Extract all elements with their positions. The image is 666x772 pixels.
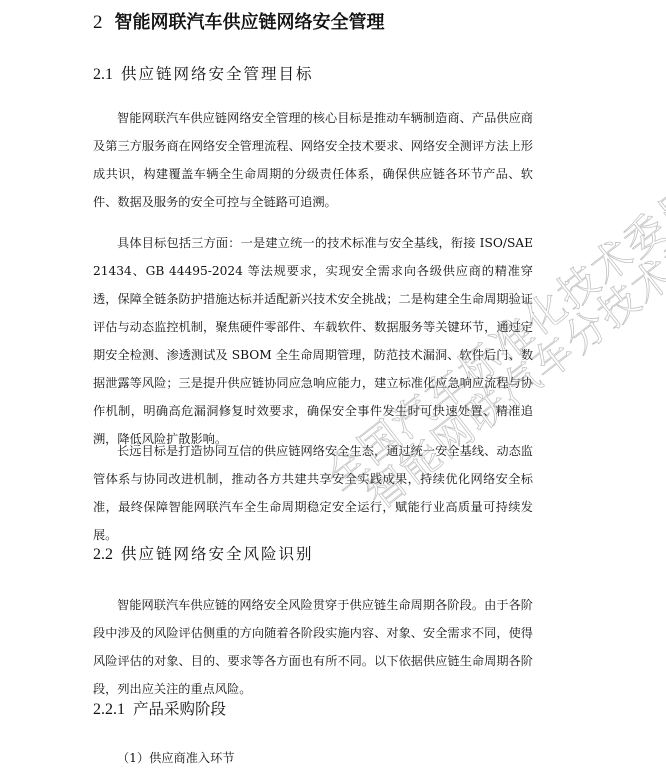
subsection-number: 2.1 <box>93 66 113 83</box>
paragraph-risk-identification: 智能网联汽车供应链的网络安全风险贯穿于供应链生命周期各阶段。由于各阶段中涉及的风… <box>93 591 533 703</box>
subsection-title: 产品采购阶段 <box>133 700 226 718</box>
document-page: 2智能网联汽车供应链网络安全管理 2.1供应链网络安全管理目标 智能网联汽车供应… <box>0 0 666 772</box>
section-heading: 2智能网联汽车供应链网络安全管理 <box>93 8 385 34</box>
list-item-supplier-admission: （1）供应商准入环节 <box>117 749 234 766</box>
subsection-heading-2-1: 2.1供应链网络安全管理目标 <box>93 62 314 84</box>
section-title: 智能网联汽车供应链网络安全管理 <box>115 12 385 33</box>
section-number: 2 <box>93 12 103 33</box>
subsection-title: 供应链网络安全管理目标 <box>121 65 314 83</box>
paragraph-core-goal: 智能网联汽车供应链网络安全管理的核心目标是推动车辆制造商、产品供应商及第三方服务… <box>93 104 533 216</box>
subsection-number: 2.2.1 <box>93 701 125 718</box>
subsection-heading-2-2: 2.2供应链网络安全风险识别 <box>93 542 314 564</box>
subsection-heading-2-2-1: 2.2.1产品采购阶段 <box>93 697 226 719</box>
paragraph-long-term-goal: 长远目标是打造协同互信的供应链网络安全生态，通过统一安全基线、动态监管体系与协同… <box>93 437 533 549</box>
subsection-number: 2.2 <box>93 546 113 563</box>
subsection-title: 供应链网络安全风险识别 <box>121 545 314 563</box>
paragraph-specific-goals: 具体目标包括三方面：一是建立统一的技术标准与安全基线，衔接 ISO/SAE 21… <box>93 229 533 453</box>
